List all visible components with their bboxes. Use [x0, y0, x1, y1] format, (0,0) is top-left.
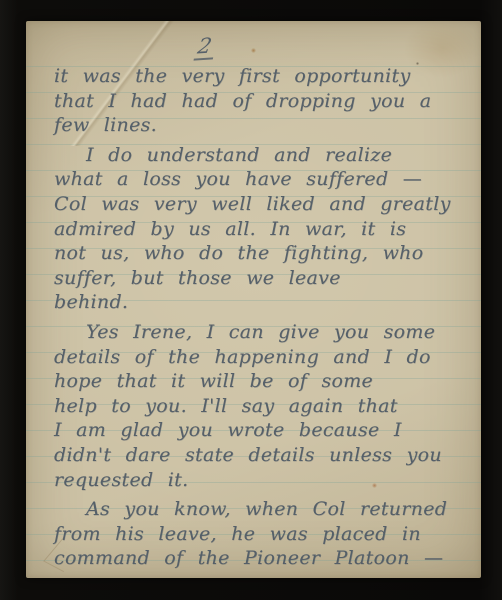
letter-paper: 2 it was the very first opportunity that… [26, 21, 481, 578]
handwriting-line: that I had had of dropping you a [54, 89, 470, 114]
handwriting-line: behind. [54, 290, 470, 315]
handwriting-line: it was the very first opportunity [54, 64, 470, 89]
handwriting-line: didn't dare state details unless you [54, 443, 470, 468]
handwriting-line: suffer, but those we leave [54, 266, 470, 291]
handwriting-line: details of the happening and I do [54, 345, 470, 370]
handwriting-line: help to you. I'll say again that [54, 394, 470, 419]
handwriting-line: Yes Irene, I can give you some [54, 320, 470, 345]
handwriting-line: As you know, when Col returned [54, 497, 470, 522]
handwriting-line: hope that it will be of some [54, 369, 470, 394]
handwriting-line: few lines. [54, 113, 470, 138]
handwriting-line: what a loss you have suffered — [54, 167, 470, 192]
photograph-background: 2 it was the very first opportunity that… [0, 0, 502, 600]
handwriting-line: requested it. [54, 468, 470, 493]
handwriting-line: from his leave, he was placed in [54, 522, 470, 547]
handwriting-line: admired by us all. In war, it is [54, 217, 470, 242]
paper-spot [251, 48, 256, 53]
handwriting-line: I am glad you wrote because I [54, 418, 470, 443]
handwriting-line: not us, who do the fighting, who [54, 241, 470, 266]
page-number: 2 [194, 33, 218, 60]
handwriting-line: command of the Pioneer Platoon — [54, 546, 470, 571]
handwritten-text: it was the very first opportunity that I… [54, 59, 470, 576]
handwriting-line: Col was very well liked and greatly [54, 192, 470, 217]
handwriting-line: I do understand and realize [54, 143, 470, 168]
